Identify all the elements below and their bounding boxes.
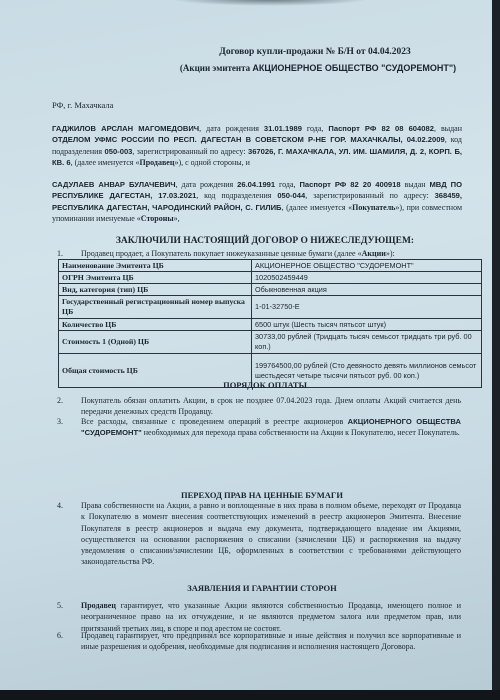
parties-term: Стороны [141,214,174,223]
clause-text: Все расходы, связанные с проведением опе… [81,416,461,439]
text: , дата рождения [176,180,237,189]
table-value: Обыкновенная акция [252,284,482,296]
clause-number: 3. [57,416,77,427]
text: , выдан [434,124,462,133]
seller-dob: 31.01.1989 [264,124,302,133]
clause-text: Продавец гарантирует, что предпринял все… [81,630,461,653]
table-row: Государственный регистрационный номер вы… [59,296,482,319]
text: , код подразделения [196,191,277,200]
table-row: Стоимость 1 (Одной) ЦБ30733,00 рублей (Т… [59,331,482,354]
text: года, [275,180,299,189]
section-heading-warranties: ЗАЯВЛЕНИЯ И ГАРАНТИИ СТОРОН [12,583,492,593]
table-value: АКЦИОНЕРНОЕ ОБЩЕСТВО "СУДОРЕМОНТ" [252,260,482,272]
text: , (далее именуется « [282,203,353,212]
table-row: ОГРН Эмитента ЦБ1020502459449 [59,272,482,284]
clause-text: Покупатель обязан оплатить Акции, в срок… [81,395,461,418]
document-title: Договор купли-продажи № Б/Н от 04.04.202… [65,47,492,57]
buyer-passport: Паспорт РФ 82 20 400918 [299,180,400,189]
buyer-role: Покупатель [352,203,395,212]
text: выдан [401,180,430,189]
clause-number: 4. [57,500,77,511]
buyer-code: 050-044 [277,191,305,200]
seller-term: Продавец [81,601,116,610]
document-page: Договор купли-продажи № Б/Н от 04.04.202… [0,0,492,690]
seller-role: Продавец [139,158,174,167]
clause-number: 1. [57,248,77,259]
table-value: 30733,00 рублей (Тридцать тысяч семьсот … [252,331,482,354]
text: »), с одной стороны, и [174,158,250,167]
table-row: Количество ЦБ6500 штук (Шесть тысяч пять… [59,319,482,331]
section-heading-payment: ПОРЯДОК ОПЛАТЫ [15,380,492,390]
table-key: Стоимость 1 (Одной) ЦБ [59,331,252,354]
seller-passport: Паспорт РФ 82 08 604082 [328,124,434,133]
text: , дата рождения [199,124,264,133]
table-key: Количество ЦБ [59,319,252,331]
text: года, [302,124,328,133]
document-subtitle: (Акции эмитента АКЦИОНЕРНОЕ ОБЩЕСТВО "СУ… [68,63,492,73]
text: необходимых для перехода права собственн… [142,428,460,437]
section-heading-transfer: ПЕРЕХОД ПРАВ НА ЦЕННЫЕ БУМАГИ [12,490,492,500]
text: Продавец продает, а Покупатель покупает … [81,249,362,258]
clause-text: Продавец продает, а Покупатель покупает … [81,248,461,259]
text: , зарегистрированный по адресу: [305,191,434,200]
table-value: 1020502459449 [252,272,482,284]
table-value: 6500 штук (Шесть тысяч пятьсот штук) [252,319,482,331]
text: , (далее именуется « [71,158,140,167]
subtitle-prefix: (Акции эмитента [180,63,253,73]
table-key: Наименование Эмитента ЦБ [59,260,252,272]
clause-text: Права собственности на Акции, а равно и … [81,500,461,568]
securities-table: Наименование Эмитента ЦБАКЦИОНЕРНОЕ ОБЩЕ… [58,259,482,388]
seller-issued-by: ОТДЕЛОМ УФМС РОССИИ ПО РЕСП. ДАГЕСТАН В … [52,135,445,144]
table-row: Наименование Эмитента ЦБАКЦИОНЕРНОЕ ОБЩЕ… [59,260,482,272]
buyer-name: САДУЛАЕВ АНВАР БУЛАЧЕВИЧ [52,180,176,189]
table-key: Государственный регистрационный номер вы… [59,296,252,319]
table-value: 1-01-32750-E [252,296,482,319]
background-edge [492,0,500,700]
text: », [174,214,180,223]
document-city: РФ, г. Махачкала [52,100,113,110]
clause-number: 6. [57,630,77,641]
table-key: Вид, категория (тип) ЦБ [59,284,252,296]
seller-paragraph: ГАДЖИЛОВ АРСЛАН МАГОМЕДОВИЧ, дата рожден… [52,123,462,168]
section-heading-agreement: ЗАКЛЮЧИЛИ НАСТОЯЩИЙ ДОГОВОР О НИЖЕСЛЕДУЮ… [15,236,492,246]
table-row: Вид, категория (тип) ЦБОбыкновенная акци… [59,284,482,296]
background-edge [0,690,500,700]
shares-term: Акции [362,249,386,258]
seller-name: ГАДЖИЛОВ АРСЛАН МАГОМЕДОВИЧ [52,124,199,133]
subtitle-company: АКЦИОНЕРНОЕ ОБЩЕСТВО "СУДОРЕМОНТ") [252,63,456,73]
text: »): [386,249,395,258]
text: , зарегистрированный по адресу: [132,147,248,156]
seller-code: 050-003 [105,147,133,156]
clause-text: Продавец гарантирует, что указанные Акци… [81,600,461,634]
table-key: ОГРН Эмитента ЦБ [59,272,252,284]
page-shadow [170,0,370,6]
text: Все расходы, связанные с проведением опе… [81,417,348,426]
clause-number: 5. [57,600,77,611]
clause-number: 2. [57,395,77,406]
text: гарантирует, что указанные Акции являютс… [81,601,461,633]
buyer-paragraph: САДУЛАЕВ АНВАР БУЛАЧЕВИЧ, дата рождения … [52,179,462,224]
buyer-dob: 26.04.1991 [237,180,275,189]
